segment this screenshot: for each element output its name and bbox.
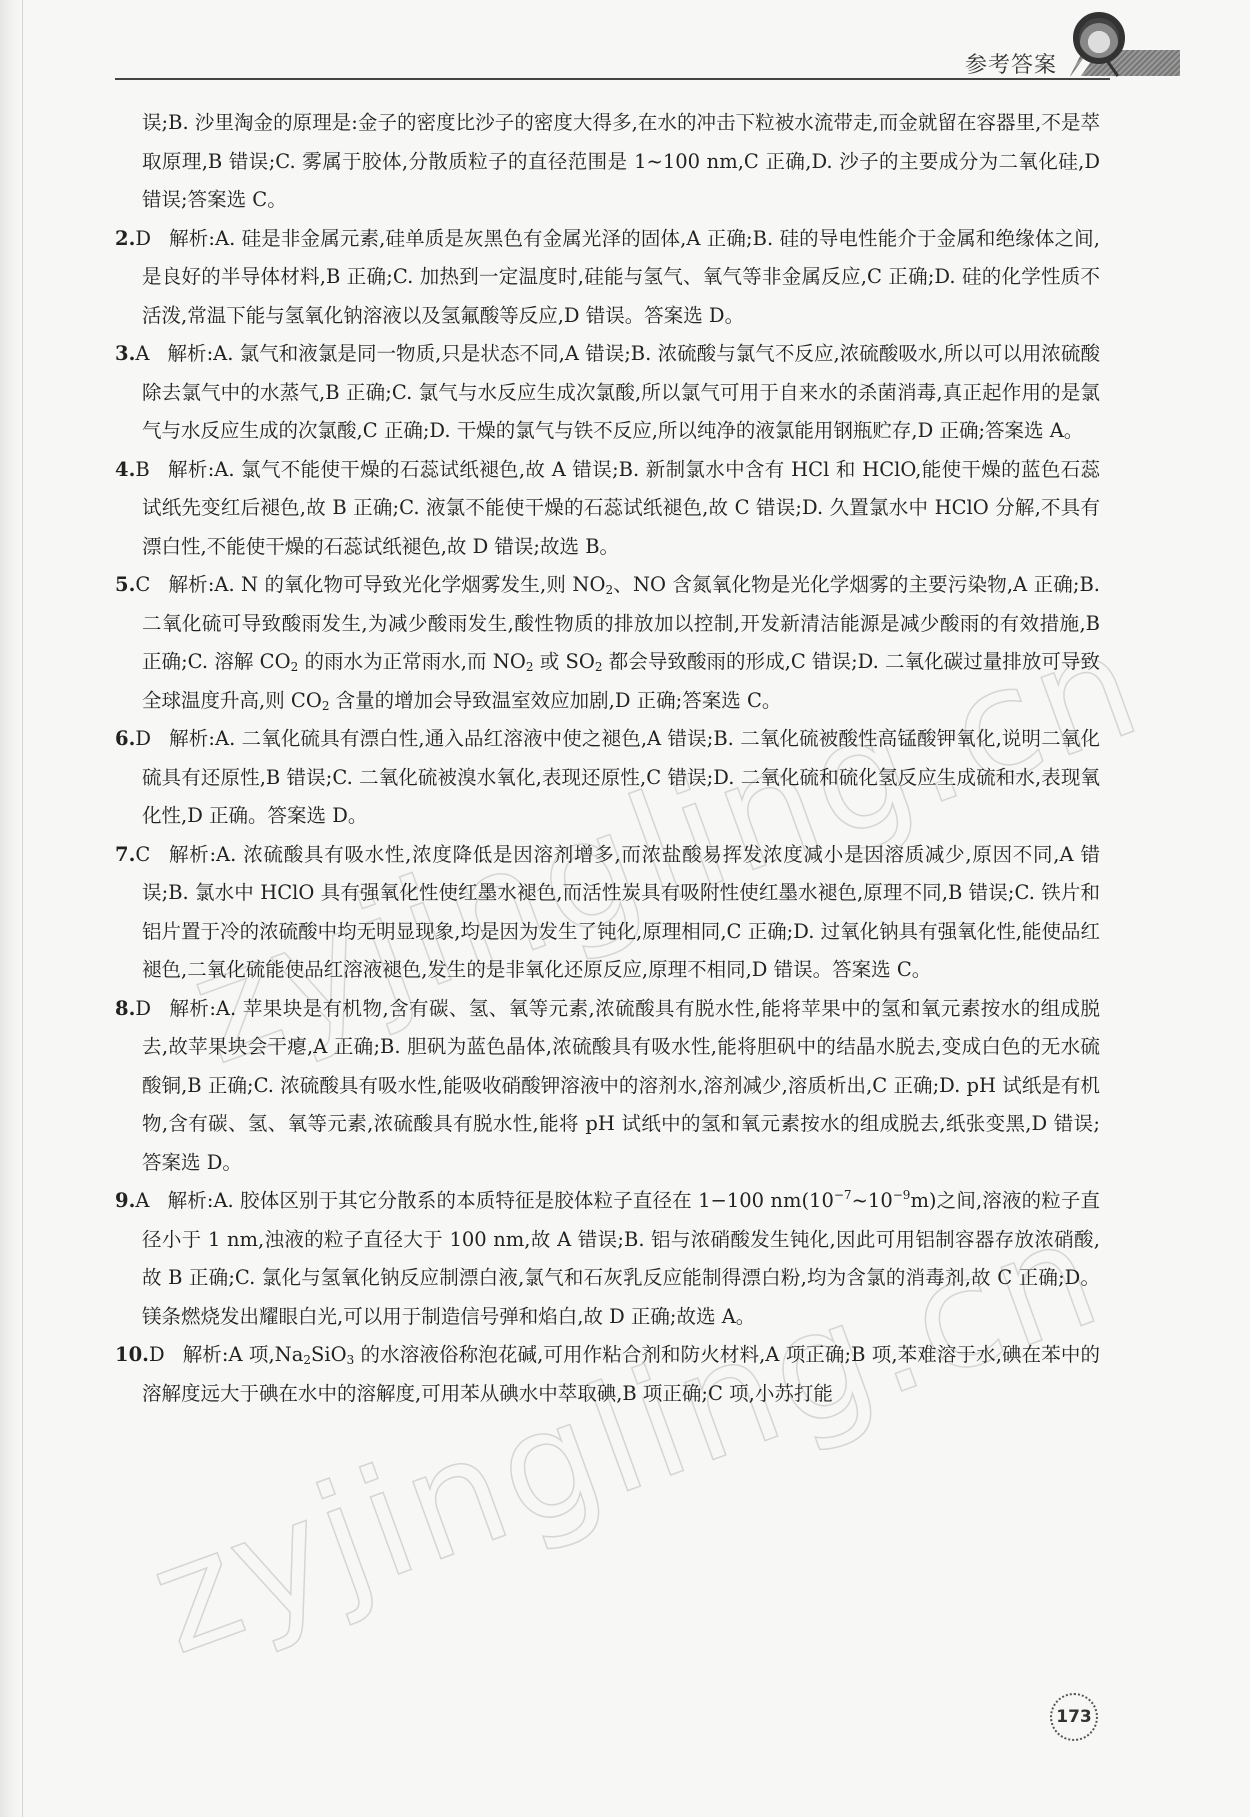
item-answer: C (135, 843, 150, 866)
answer-item-6: 6.D解析:A. 二氧化硫具有漂白性,通入品红溶液中使之褪色,A 错误;B. 二… (115, 720, 1100, 836)
item-answer: D (135, 227, 151, 250)
book-emblem-icon (1073, 12, 1125, 64)
subscript: 2 (595, 660, 603, 674)
item-explanation: 解析:A. 氯气和液氯是同一物质,只是状态不同,A 错误;B. 浓硫酸与氯气不反… (142, 342, 1100, 442)
answer-item-5: 5.C解析:A. N 的氧化物可导致光化学烟雾发生,则 NO2、NO 含氮氧化物… (115, 566, 1100, 720)
continuation-paragraph: 误;B. 沙里淘金的原理是:金子的密度比沙子的密度大得多,在水的冲击下粒被水流带… (115, 104, 1100, 220)
item-number: 2. (115, 227, 135, 250)
subscript: 2 (303, 1353, 311, 1367)
subscript: 2 (605, 583, 613, 597)
answer-content: 误;B. 沙里淘金的原理是:金子的密度比沙子的密度大得多,在水的冲击下粒被水流带… (115, 104, 1100, 1413)
answer-item-8: 8.D解析:A. 苹果块是有机物,含有碳、氢、氧等元素,浓硫酸具有脱水性,能将苹… (115, 990, 1100, 1183)
item-number: 5. (115, 573, 135, 596)
item-explanation: 解析:A. 二氧化硫具有漂白性,通入品红溶液中使之褪色,A 错误;B. 二氧化硫… (142, 727, 1100, 827)
answer-item-9: 9.A解析:A. 胶体区别于其它分散系的本质特征是胶体粒子直径在 1−100 n… (115, 1182, 1100, 1336)
header-title: 参考答案 (965, 48, 1057, 79)
item-explanation-part: 的雨水为正常雨水,而 NO (298, 650, 526, 673)
page-header: 参考答案 (115, 20, 1135, 90)
item-number: 9. (115, 1189, 135, 1212)
item-number: 6. (115, 727, 135, 750)
answer-item-7: 7.C解析:A. 浓硫酸具有吸水性,浓度降低是因溶剂增多,而浓盐酸易挥发浓度减小… (115, 836, 1100, 990)
item-number: 7. (115, 843, 135, 866)
header-rule (115, 78, 1110, 80)
item-answer: A (135, 342, 149, 365)
item-number: 8. (115, 997, 135, 1020)
item-number: 3. (115, 342, 135, 365)
answer-item-10: 10.D解析:A 项,Na2SiO3 的水溶液俗称泡花碱,可用作粘合剂和防火材料… (115, 1336, 1100, 1413)
item-explanation-part: 解析:A. 胶体区别于其它分散系的本质特征是胶体粒子直径在 1−100 nm(1… (167, 1189, 833, 1212)
item-answer: B (135, 458, 149, 481)
item-answer: D (135, 997, 151, 1020)
item-answer: C (135, 573, 150, 596)
item-explanation-part: 解析:A. N 的氧化物可导致光化学烟雾发生,则 NO (168, 573, 605, 596)
answer-item-2: 2.D解析:A. 硅是非金属元素,硅单质是灰黑色有金属光泽的固体,A 正确;B.… (115, 220, 1100, 336)
page-number: 173 (1050, 1693, 1098, 1741)
item-explanation: 解析:A. 浓硫酸具有吸水性,浓度降低是因溶剂增多,而浓盐酸易挥发浓度减小是因溶… (142, 843, 1100, 982)
item-explanation-part: SiO (311, 1343, 347, 1366)
answer-item-4: 4.B解析:A. 氯气不能使干燥的石蕊试纸褪色,故 A 错误;B. 新制氯水中含… (115, 451, 1100, 567)
item-explanation-part: 含量的增加会导致温室效应加剧,D 正确;答案选 C。 (329, 689, 781, 712)
item-explanation-part: ~10 (852, 1189, 893, 1212)
page-binding-edge (0, 0, 23, 1817)
item-number: 10. (115, 1343, 149, 1366)
item-explanation-part: 解析:A 项,Na (183, 1343, 304, 1366)
item-explanation: 解析:A. 硅是非金属元素,硅单质是灰黑色有金属光泽的固体,A 正确;B. 硅的… (142, 227, 1100, 327)
superscript: −9 (893, 1188, 911, 1202)
item-answer: D (149, 1343, 165, 1366)
item-explanation-part: 或 SO (534, 650, 595, 673)
answer-item-3: 3.A解析:A. 氯气和液氯是同一物质,只是状态不同,A 错误;B. 浓硫酸与氯… (115, 335, 1100, 451)
item-answer: D (135, 727, 151, 750)
superscript: −7 (834, 1188, 852, 1202)
item-answer: A (135, 1189, 149, 1212)
item-explanation: 解析:A. 氯气不能使干燥的石蕊试纸褪色,故 A 错误;B. 新制氯水中含有 H… (142, 458, 1100, 558)
item-number: 4. (115, 458, 135, 481)
item-explanation: 解析:A. 苹果块是有机物,含有碳、氢、氧等元素,浓硫酸具有脱水性,能将苹果中的… (142, 997, 1100, 1174)
subscript: 2 (526, 660, 534, 674)
